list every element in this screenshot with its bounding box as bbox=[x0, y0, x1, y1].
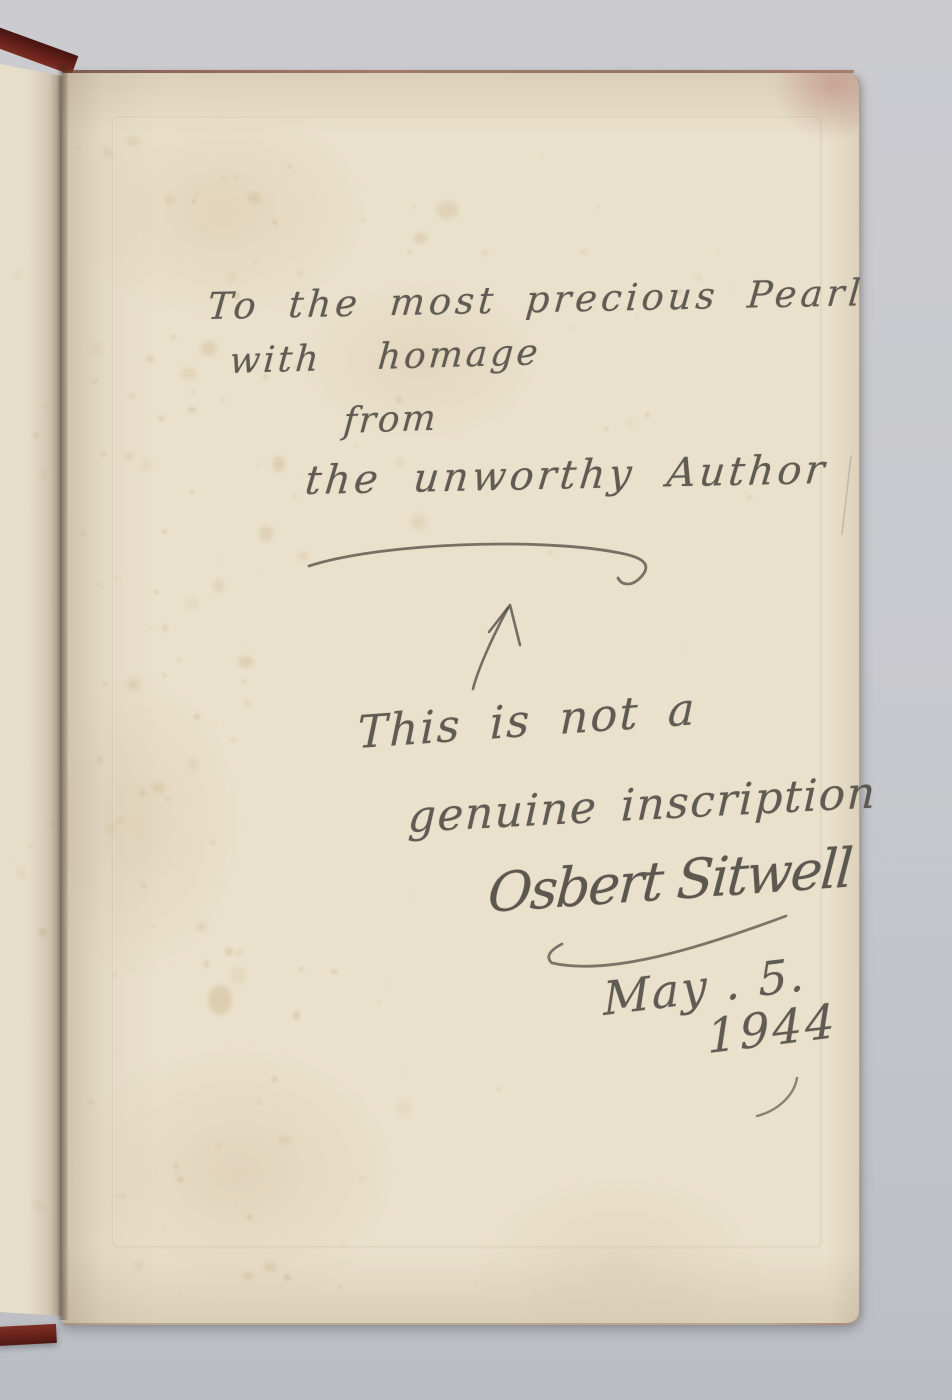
signature-underline-flourish bbox=[549, 916, 786, 966]
swoosh-line bbox=[309, 544, 646, 584]
faint-scratch-mark bbox=[842, 456, 851, 534]
book-photograph: To the most precious Pearl with homage f… bbox=[0, 0, 952, 1400]
pen-tail-stroke bbox=[757, 1078, 797, 1116]
pencil-strokes bbox=[0, 0, 952, 1400]
arrow-shaft bbox=[473, 608, 508, 689]
handwritten-inscription: To the most precious Pearl with homage f… bbox=[0, 0, 952, 1400]
